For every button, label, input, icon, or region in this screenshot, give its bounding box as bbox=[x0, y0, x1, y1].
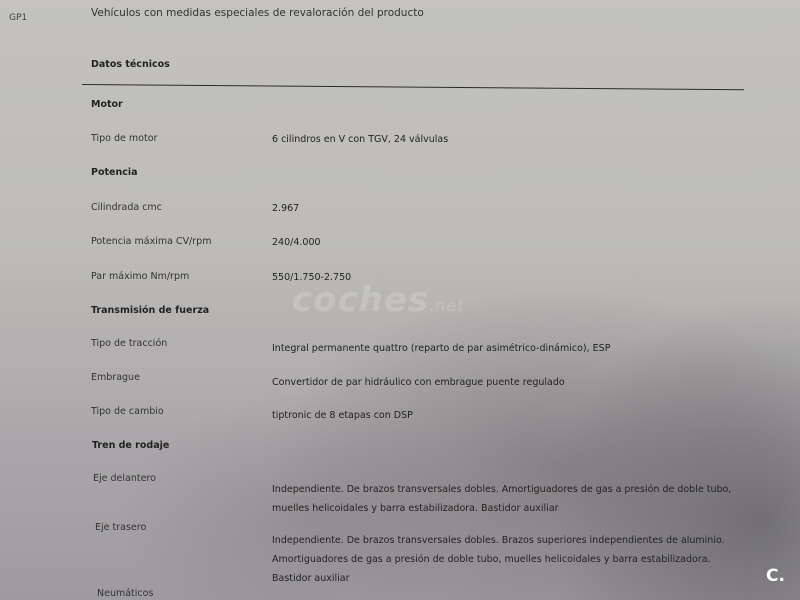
spec-label: Par máximo Nm/rpm bbox=[91, 271, 189, 282]
spec-label: Eje trasero bbox=[95, 522, 146, 533]
spec-label: Neumáticos bbox=[97, 588, 153, 599]
spec-label: Tipo de motor bbox=[91, 133, 157, 144]
document-header-title: Vehículos con medidas especiales de reva… bbox=[91, 7, 424, 19]
spec-label: Tipo de tracción bbox=[91, 338, 167, 349]
spec-value-line: Independiente. De brazos transversales d… bbox=[272, 531, 725, 550]
spec-label: Potencia máxima CV/rpm bbox=[91, 236, 211, 247]
spec-value: 240/4.000 bbox=[272, 233, 321, 252]
spec-value: Integral permanente quattro (reparto de … bbox=[272, 339, 610, 358]
spec-label: Tipo de cambio bbox=[91, 406, 164, 417]
spec-label: Eje delantero bbox=[93, 473, 156, 484]
watermark-suffix: .net bbox=[429, 296, 464, 315]
watermark-main: coches bbox=[292, 280, 429, 320]
watermark-coches-net: coches.net bbox=[292, 280, 465, 320]
spec-value-line: Bastidor auxiliar bbox=[272, 569, 725, 588]
site-logo: C. bbox=[766, 566, 785, 586]
heading-divider bbox=[82, 84, 744, 90]
spec-value-line: Amortiguadores de gas a presión de doble… bbox=[272, 550, 725, 569]
section-title-tren: Tren de rodaje bbox=[92, 440, 169, 451]
section-title-potencia: Potencia bbox=[91, 167, 138, 178]
section-title-transmision: Transmisión de fuerza bbox=[91, 305, 209, 316]
spec-value: Convertidor de par hidráulico con embrag… bbox=[272, 373, 565, 392]
spec-value-line: muelles helicoidales y barra estabilizad… bbox=[272, 499, 731, 518]
spec-value-multiline: Independiente. De brazos transversales d… bbox=[272, 480, 731, 518]
section-title-motor: Motor bbox=[91, 99, 123, 110]
spec-value-multiline: Independiente. De brazos transversales d… bbox=[272, 531, 725, 588]
spec-value: 6 cilindros en V con TGV, 24 válvulas bbox=[272, 130, 448, 149]
spec-label: Cilindrada cmc bbox=[91, 202, 162, 213]
spec-value: tiptronic de 8 etapas con DSP bbox=[272, 406, 413, 425]
spec-label: Embrague bbox=[91, 372, 140, 383]
spec-value-line: Independiente. De brazos transversales d… bbox=[272, 480, 731, 499]
spec-value: 2.967 bbox=[272, 199, 299, 218]
page-code: GP1 bbox=[9, 13, 27, 23]
main-heading: Datos técnicos bbox=[91, 59, 170, 70]
